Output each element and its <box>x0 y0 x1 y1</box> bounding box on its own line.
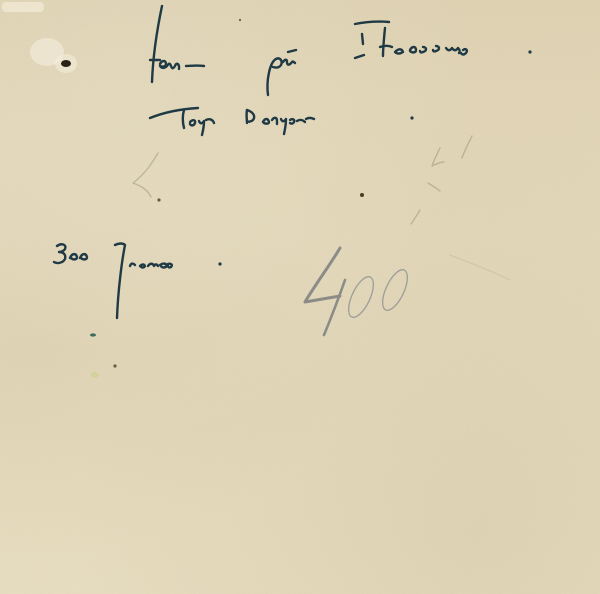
faint-pencil-marks <box>133 136 510 280</box>
pencil-marks <box>0 0 600 594</box>
pencil-number-400 <box>305 248 345 335</box>
aged-paper: femme par Picasso. Tonya Denyer. 300 fra… <box>0 0 600 594</box>
